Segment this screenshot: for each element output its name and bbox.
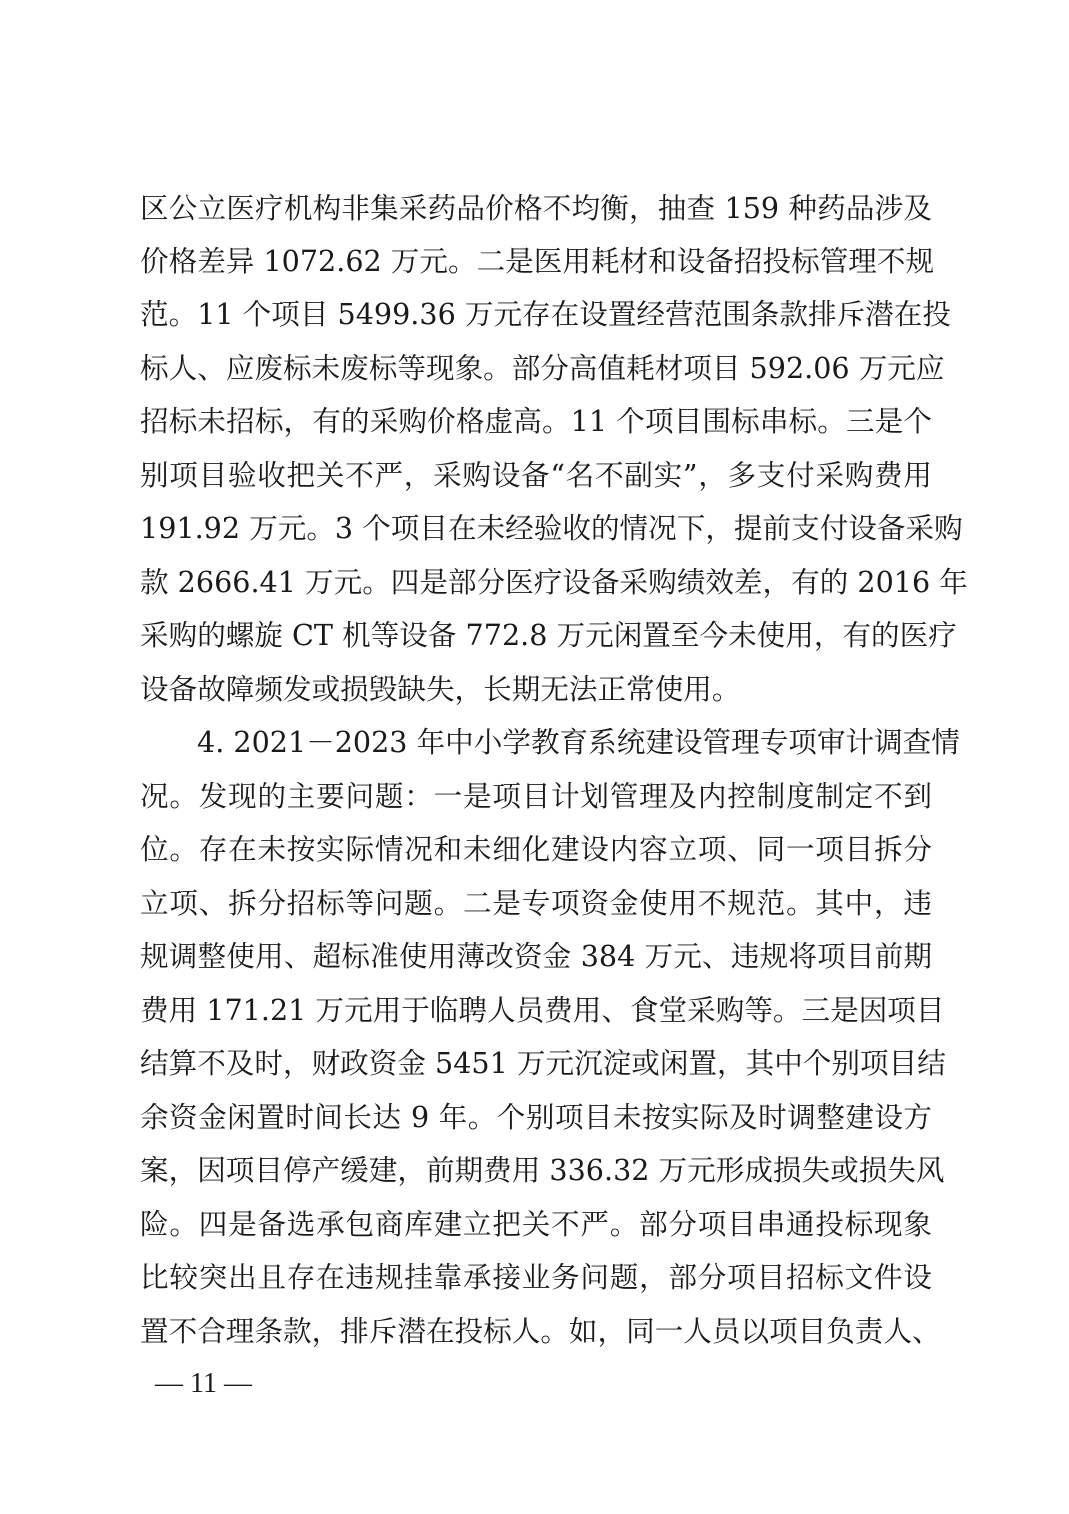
paragraph-line: 结算不及时，财政资金 5451 万元沉淀或闲置，其中个别项目结 — [140, 1043, 932, 1083]
section-heading-line: 4. 2021－2023 年中小学教育系统建设管理专项审计调查情 — [197, 722, 932, 762]
paragraph-line: 标人、应废标未废标等现象。部分高值耗材项目 592.06 万元应 — [140, 348, 932, 388]
paragraph-line: 别项目验收把关不严，采购设备“名不副实”，多支付采购费用 — [140, 455, 932, 495]
paragraph-line: 费用 171.21 万元用于临聘人员费用、食堂采购等。三是因项目 — [140, 990, 932, 1030]
paragraph-line: 区公立医疗机构非集采药品价格不均衡，抽查 159 种药品涉及 — [140, 188, 932, 228]
paragraph-line: 191.92 万元。3 个项目在未经验收的情况下，提前支付设备采购 — [140, 508, 932, 548]
paragraph-line: 立项、拆分招标等问题。二是专项资金使用不规范。其中，违 — [140, 883, 932, 923]
paragraph-line: 置不合理条款，排斥潜在投标人。如，同一人员以项目负责人、 — [140, 1311, 932, 1351]
page-number: — 11 — — [155, 1364, 252, 1404]
paragraph-line: 招标未招标，有的采购价格虚高。11 个项目围标串标。三是个 — [140, 401, 932, 441]
paragraph-line: 险。四是备选承包商库建立把关不严。部分项目串通投标现象 — [140, 1204, 932, 1244]
paragraph-line: 采购的螺旋 CT 机等设备 772.8 万元闲置至今未使用，有的医疗 — [140, 615, 932, 655]
paragraph-line: 况。发现的主要问题：一是项目计划管理及内控制度制定不到 — [140, 776, 932, 816]
paragraph-line: 比较突出且存在违规挂靠承接业务问题，部分项目招标文件设 — [140, 1257, 932, 1297]
paragraph-line: 价格差异 1072.62 万元。二是医用耗材和设备招投标管理不规 — [140, 241, 932, 281]
paragraph-line: 位。存在未按实际情况和未细化建设内容立项、同一项目拆分 — [140, 829, 932, 869]
document-page: 区公立医疗机构非集采药品价格不均衡，抽查 159 种药品涉及 价格差异 1072… — [0, 0, 1069, 1514]
paragraph-line: 规调整使用、超标准使用薄改资金 384 万元、违规将项目前期 — [140, 936, 932, 976]
paragraph-line: 案，因项目停产缓建，前期费用 336.32 万元形成损失或损失风 — [140, 1150, 932, 1190]
paragraph-line: 余资金闲置时间长达 9 年。个别项目未按实际及时调整建设方 — [140, 1097, 932, 1137]
paragraph-line: 设备故障频发或损毁缺失，长期无法正常使用。 — [140, 669, 932, 709]
paragraph-line: 范。11 个项目 5499.36 万元存在设置经营范围条款排斥潜在投 — [140, 294, 932, 334]
paragraph-line: 款 2666.41 万元。四是部分医疗设备采购绩效差，有的 2016 年 — [140, 562, 932, 602]
